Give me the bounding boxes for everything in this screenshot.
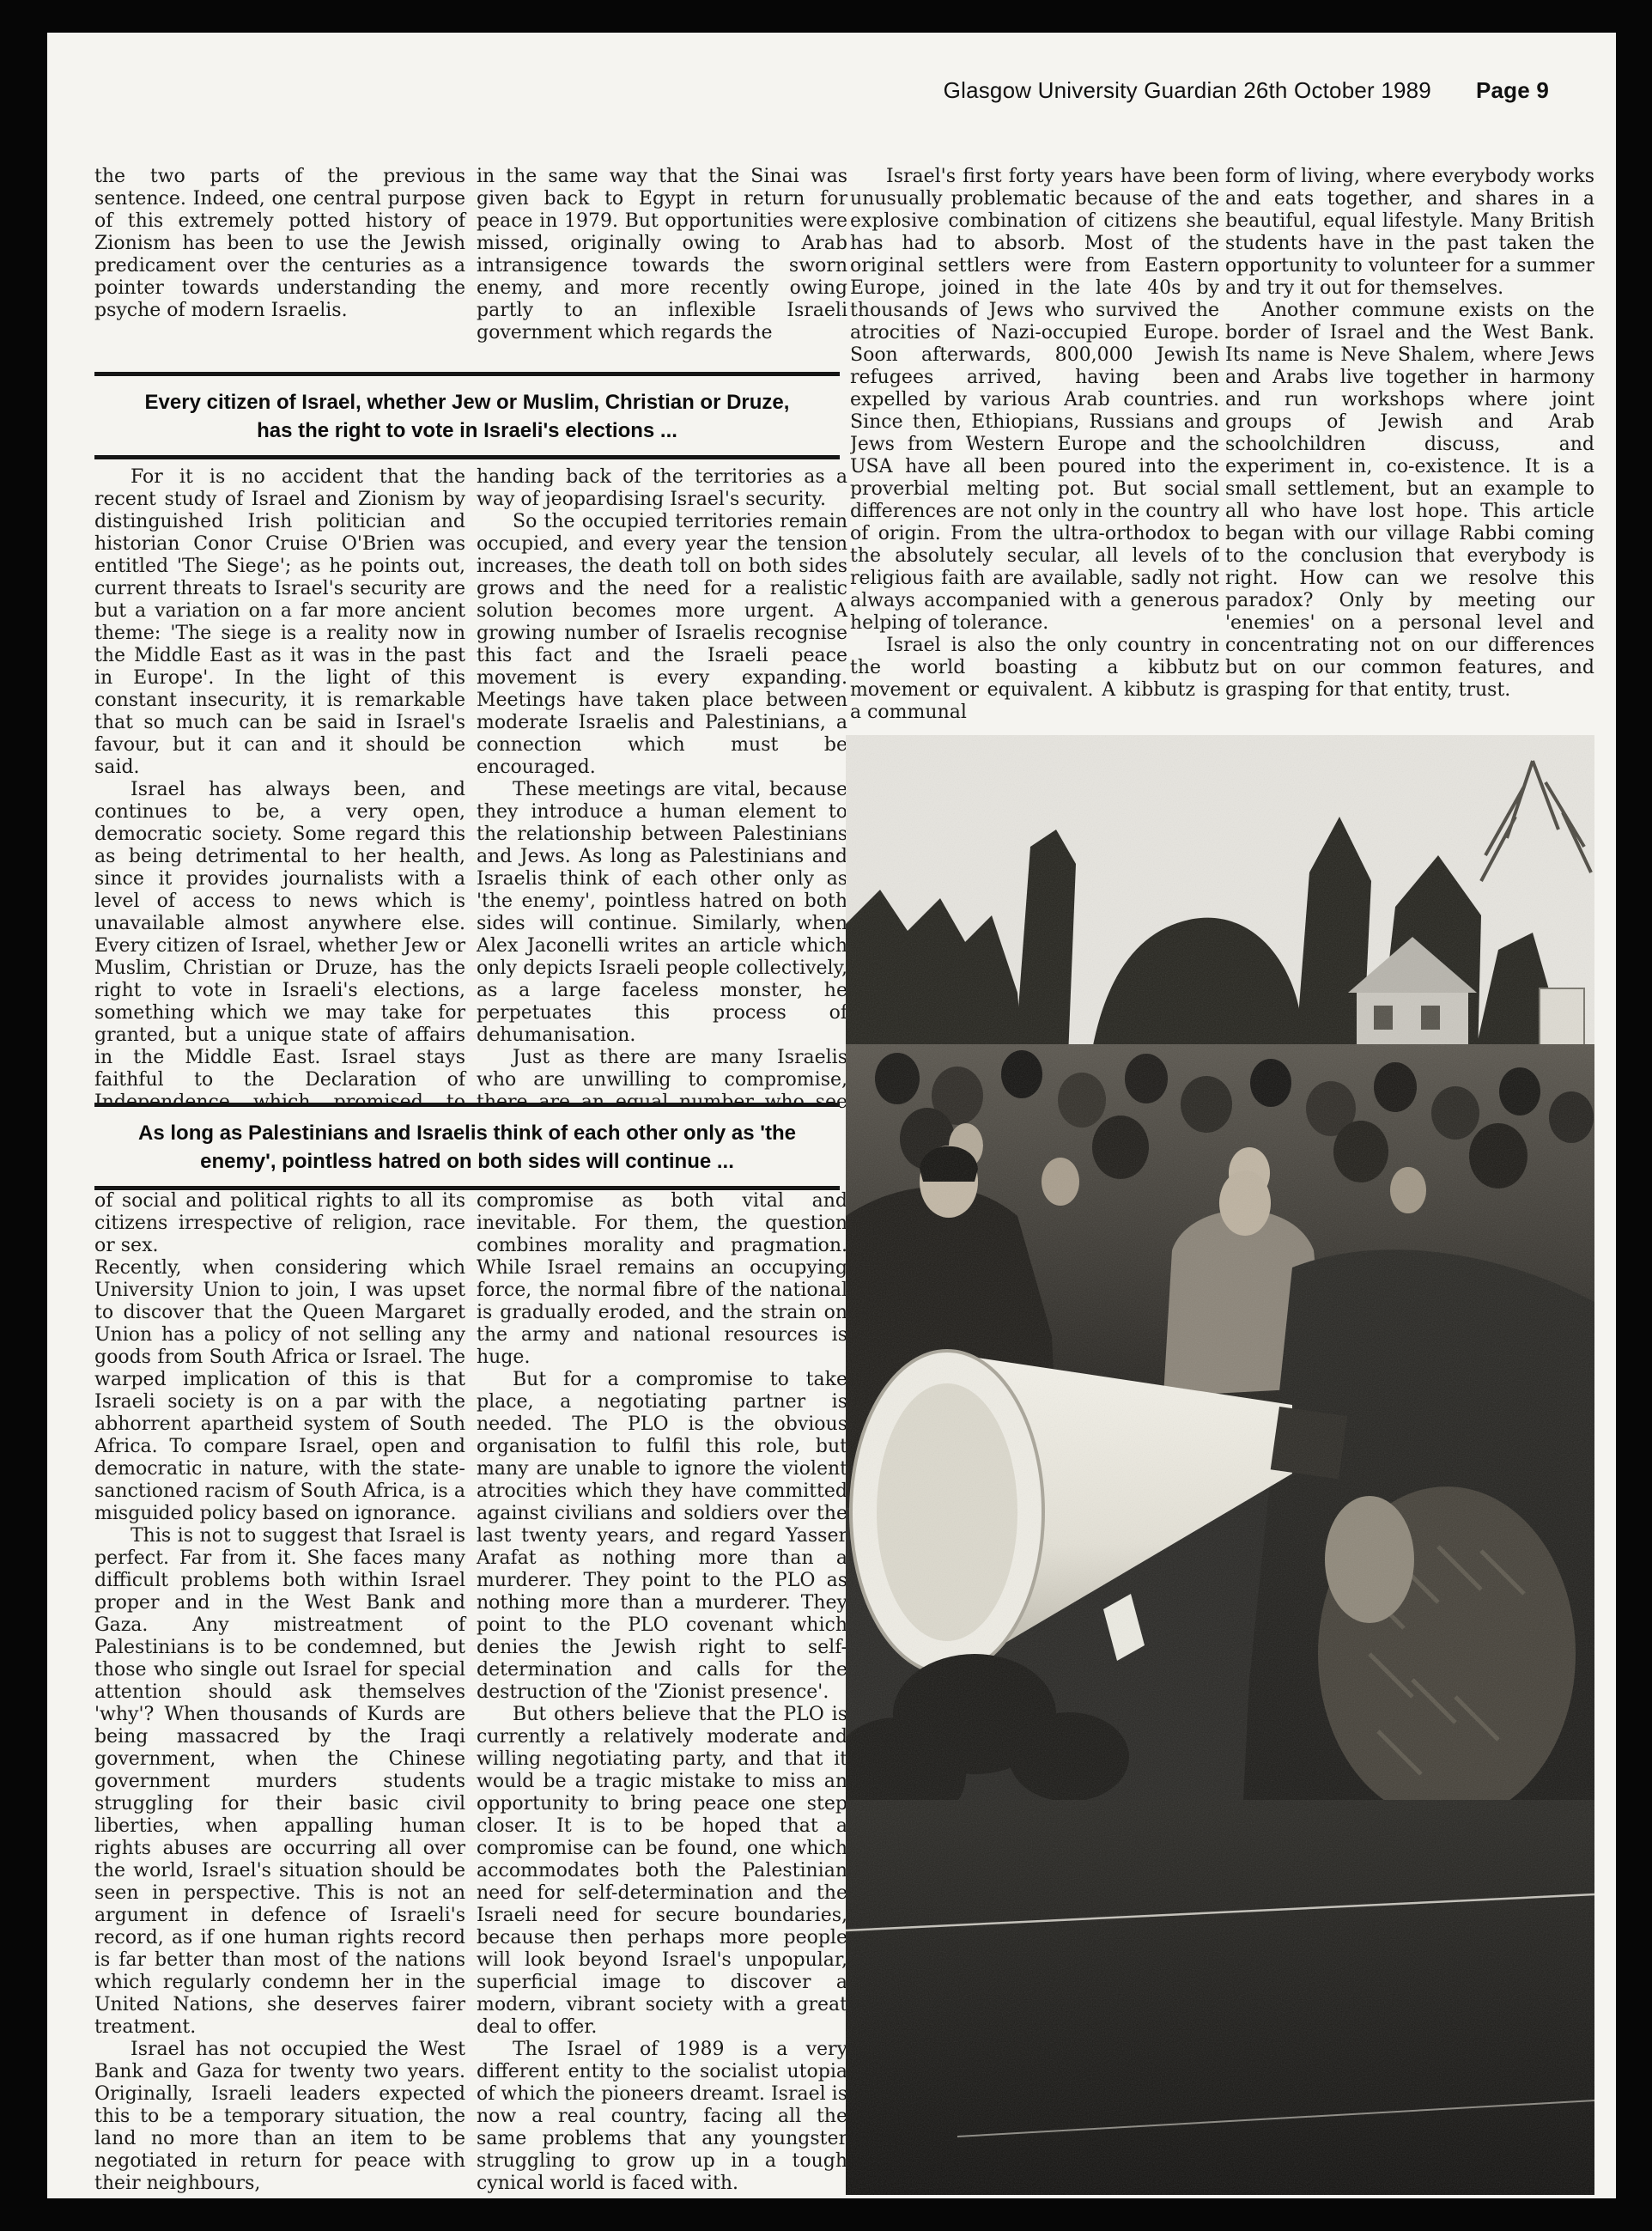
pull-quote-1: Every citizen of Israel, whether Jew or …	[94, 372, 840, 459]
paragraph: of social and political rights to all it…	[94, 1190, 465, 1257]
paragraph: form of living, where everybody works an…	[1225, 166, 1594, 300]
crowd-photo-art	[846, 735, 1594, 2195]
paragraph: compromise as both vital and inevitable.…	[477, 1190, 847, 1369]
paragraph: For it is no accident that the recent st…	[94, 466, 465, 779]
paragraph: handing back of the territories as a way…	[477, 466, 847, 511]
pull-quote-line: Every citizen of Israel, whether Jew or …	[94, 388, 840, 416]
column-2-top: in the same way that the Sinai was given…	[477, 166, 847, 344]
paragraph: Israel has not occupied the West Bank an…	[94, 2039, 465, 2195]
column-1-middle: For it is no accident that the recent st…	[94, 466, 465, 1136]
paragraph: These meetings are vital, because they i…	[477, 779, 847, 1047]
paragraph: Another commune exists on the border of …	[1225, 300, 1594, 702]
column-1-bottom: of social and political rights to all it…	[94, 1190, 465, 2195]
paragraph: Israel has always been, and continues to…	[94, 779, 465, 1136]
paragraph: Recently, when considering which Univers…	[94, 1257, 465, 1525]
pull-quote-2: As long as Palestinians and Israelis thi…	[94, 1103, 840, 1190]
pull-quote-line: enemy', pointless hatred on both sides w…	[94, 1147, 840, 1176]
column-1-top: the two parts of the previous sentence. …	[94, 166, 465, 322]
masthead: Glasgow University Guardian 26th October…	[944, 77, 1549, 104]
paragraph: in the same way that the Sinai was given…	[477, 166, 847, 344]
paragraph: But others believe that the PLO is curre…	[477, 1704, 847, 2039]
column-2-bottom: compromise as both vital and inevitable.…	[477, 1190, 847, 2195]
paragraph: But for a compromise to take place, a ne…	[477, 1369, 847, 1704]
paragraph: This is not to suggest that Israel is pe…	[94, 1525, 465, 2039]
paragraph: the two parts of the previous sentence. …	[94, 166, 465, 322]
column-3: Israel's first forty years have been unu…	[850, 166, 1219, 733]
paragraph: Israel is also the only country in the w…	[850, 635, 1219, 724]
publication-title: Glasgow University Guardian 26th October…	[944, 77, 1431, 103]
column-2-middle: handing back of the territories as a way…	[477, 466, 847, 1136]
paragraph: So the occupied territories remain occup…	[477, 511, 847, 779]
column-4: form of living, where everybody works an…	[1225, 166, 1594, 733]
film-grain	[846, 735, 1594, 2195]
page-number: Page 9	[1476, 77, 1549, 103]
paragraph: Israel's first forty years have been unu…	[850, 166, 1219, 635]
newspaper-page: Glasgow University Guardian 26th October…	[47, 33, 1616, 2198]
paragraph: The Israel of 1989 is a very different e…	[477, 2039, 847, 2195]
crowd-photo	[846, 735, 1594, 2195]
pull-quote-line: has the right to vote in Israeli's elect…	[94, 416, 840, 445]
pull-quote-line: As long as Palestinians and Israelis thi…	[94, 1119, 840, 1147]
